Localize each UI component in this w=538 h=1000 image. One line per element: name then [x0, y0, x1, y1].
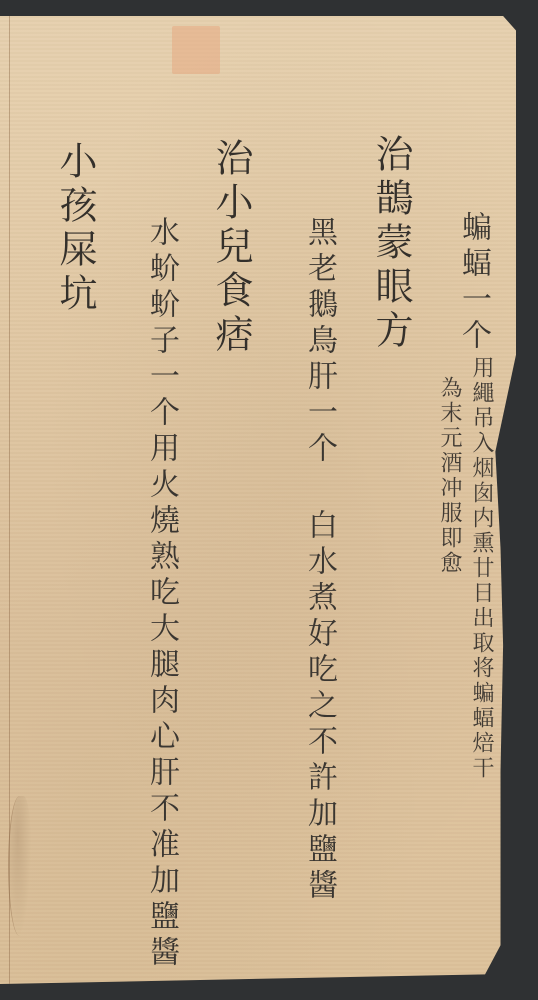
- paper-stain: [8, 796, 31, 936]
- recipe-title-child-indigestion: 治小兒食痞: [212, 138, 250, 358]
- note-bat-dosage: 為末元酒冲服即愈: [438, 376, 460, 576]
- recipe-title-child-latrine: 小孩屎坑: [56, 141, 94, 317]
- recipe-title-eye: 治鵲蒙眼方: [372, 134, 410, 354]
- recipe-body-child-indigestion: 水蚧蚧子一个用火燒熟吃大腿肉心肝不准加鹽醬: [146, 216, 176, 972]
- continuation-heading-bat: 蝙蝠一个: [458, 211, 488, 355]
- note-bat-preparation: 用繩吊入烟囱内熏廿日出取将蝙蝠焙干: [470, 356, 492, 781]
- collector-seal: [172, 26, 220, 74]
- recipe-body-eye: 黑老鵝鳥肝一个 白水煮好吃之不許加鹽醬: [304, 216, 334, 905]
- manuscript-page: 蝙蝠一个 用繩吊入烟囱内熏廿日出取将蝙蝠焙干 為末元酒冲服即愈 治鵲蒙眼方 黑老…: [0, 16, 516, 984]
